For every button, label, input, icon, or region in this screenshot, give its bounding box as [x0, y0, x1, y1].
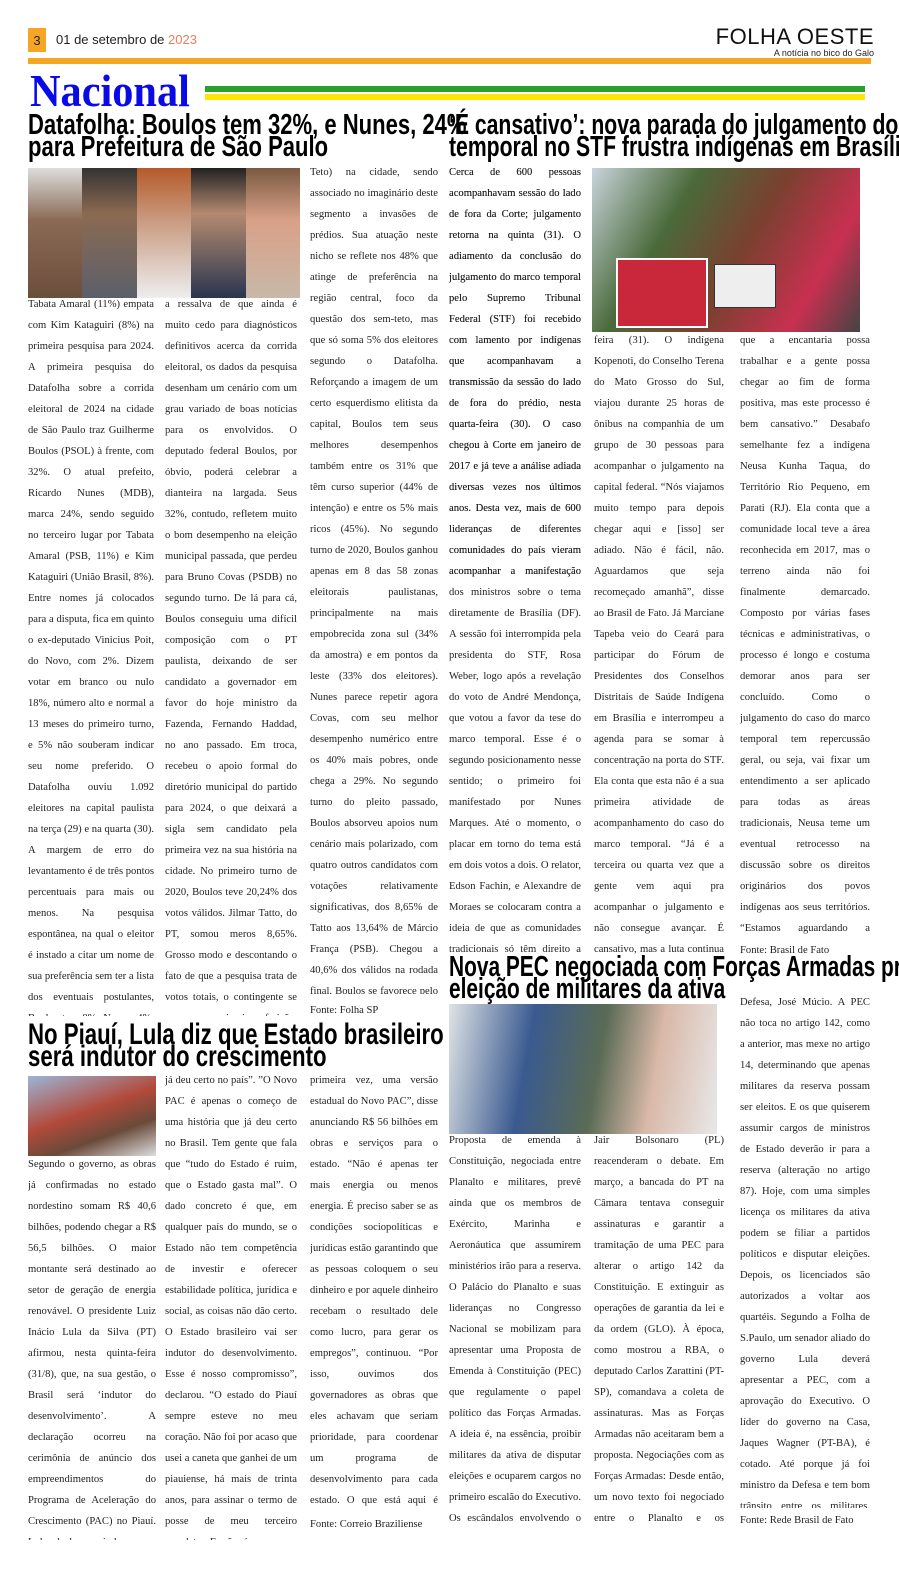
headline: eleição de militares da ativa: [449, 978, 759, 1000]
headline: para Prefeitura de São Paulo: [28, 136, 340, 158]
newspaper-brand: FOLHA OESTE A notícia no bico do Galo: [716, 26, 874, 58]
header-divider: [28, 58, 871, 64]
article-column: Jair Bolsonaro (PL) reacenderam o debate…: [594, 1130, 724, 1530]
article-source: Fonte: Correio Braziliense: [310, 1514, 438, 1535]
article-column: Defesa, José Múcio. A PEC não toca no ar…: [740, 992, 870, 1508]
headline: será indutor do crescimento: [28, 1046, 331, 1068]
candidates-photo: [28, 168, 300, 298]
article-column: feira (31). O indígena Kopenoti, do Cons…: [594, 330, 724, 960]
page-number: 3: [28, 28, 46, 52]
article-column: Segundo o governo, as obras já confirmad…: [28, 1154, 156, 1540]
article-piaui: No Piauí, Lula diz que Estado brasileiro…: [28, 1024, 438, 1068]
article-source: Fonte: Rede Brasil de Fato: [740, 1510, 870, 1531]
article-column: a ressalva de que ainda é muito cedo par…: [165, 294, 297, 1016]
article-datafolha: Datafolha: Boulos tem 32%, e Nunes, 24% …: [28, 114, 438, 158]
military-photo: [449, 1004, 717, 1134]
headline: temporal no STF frustra indígenas em Bra…: [449, 136, 763, 158]
issue-date: 01 de setembro de 2023: [56, 32, 197, 47]
brand-name: FOLHA OESTE: [716, 26, 874, 48]
article-marco-temporal: ‘É cansativo’: nova parada do julgamento…: [449, 114, 879, 158]
article-column: que a encantaria possa trabalhar e a gen…: [740, 330, 870, 934]
protest-photo: [592, 168, 860, 332]
article-column: Cerca de 600 pessoas acompanhavam sessão…: [449, 162, 581, 960]
green-stripe: [205, 86, 865, 92]
issue-year: 2023: [168, 32, 197, 47]
article-column: já deu certo no país”. ”O Novo PAC é ape…: [165, 1070, 297, 1540]
lula-piaui-photo: [28, 1076, 156, 1156]
article-column: Proposta de emenda à Constituição, negoc…: [449, 1130, 581, 1530]
article-column: Teto) na cidade, sendo associado no imag…: [310, 162, 438, 994]
article-column: Tabata Amaral (11%) empata com Kim Katag…: [28, 294, 154, 1016]
brand-tagline: A notícia no bico do Galo: [716, 48, 874, 58]
yellow-stripe: [205, 94, 865, 100]
article-column: primeira vez, uma versão estadual do Nov…: [310, 1070, 438, 1514]
